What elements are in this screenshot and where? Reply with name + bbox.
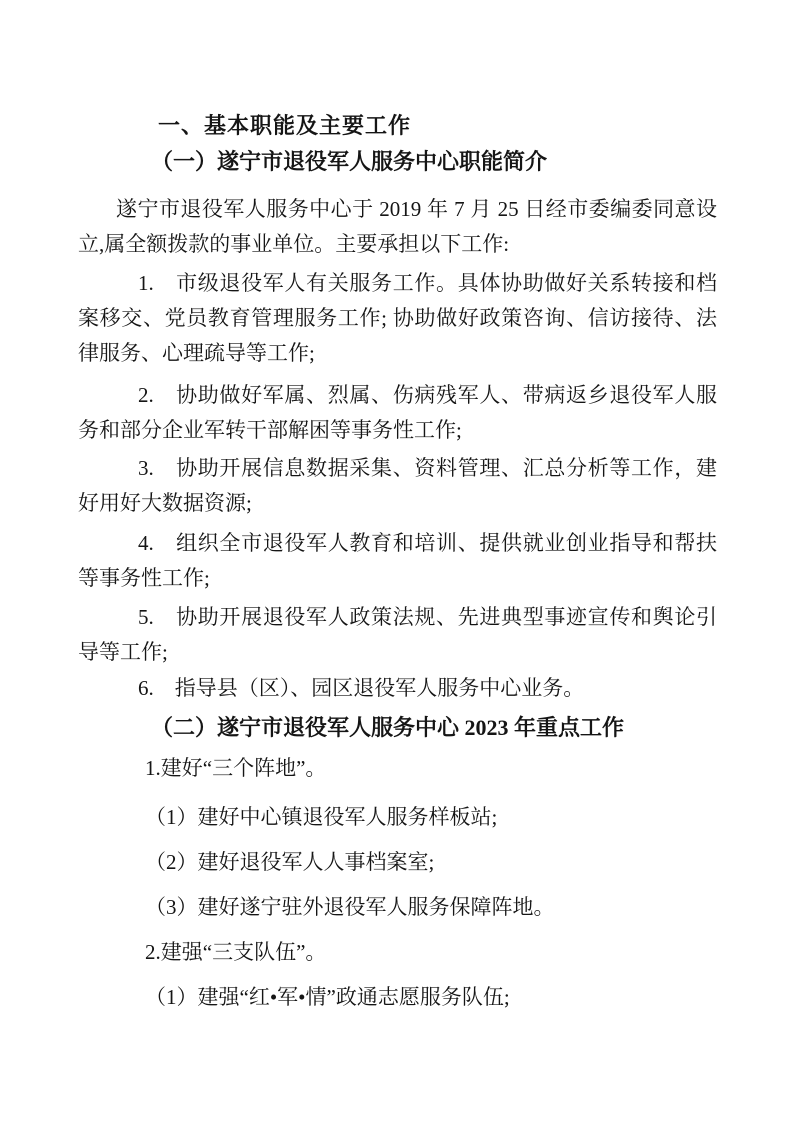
section-2-item-2-sub-1: （1）建强“红•军•情”政通志愿服务队伍; — [78, 980, 717, 1015]
section-2-item-1-sub-1: （1）建好中心镇退役军人服务样板站; — [78, 800, 717, 835]
section-2-item-2: 2.建强“三支队伍”。 — [78, 935, 717, 970]
section-1-item-3: 3. 协助开展信息数据采集、资料管理、汇总分析等工作，建好用好大数据资源; — [78, 451, 717, 521]
section-1-item-4: 4. 组织全市退役军人教育和培训、提供就业创业指导和帮扶等事务性工作; — [78, 526, 717, 596]
section-1-item-2: 2. 协助做好军属、烈属、伤病残军人、带病返乡退役军人服务和部分企业军转干部解困… — [78, 378, 717, 448]
section-1-item-5: 5. 协助开展退役军人政策法规、先进典型事迹宣传和舆论引导等工作; — [78, 600, 717, 670]
section-1-item-6: 6. 指导县（区）、园区退役军人服务中心业务。 — [78, 671, 717, 706]
section-2-item-1-sub-2: （2）建好退役军人人事档案室; — [78, 845, 717, 880]
main-heading: 一、基本职能及主要工作 — [78, 108, 717, 144]
section-2-heading: （二）遂宁市退役军人服务中心 2023 年重点工作 — [78, 710, 717, 746]
section-1-intro-paragraph: 遂宁市退役军人服务中心于 2019 年 7 月 25 日经市委编委同意设立,属全… — [78, 192, 717, 262]
document-page: 一、基本职能及主要工作 （一）遂宁市退役军人服务中心职能简介 遂宁市退役军人服务… — [0, 0, 793, 1122]
section-1-heading: （一）遂宁市退役军人服务中心职能简介 — [78, 144, 717, 180]
section-1-item-1: 1. 市级退役军人有关服务工作。具体协助做好关系转接和档案移交、党员教育管理服务… — [78, 266, 717, 371]
section-2-item-1: 1.建好“三个阵地”。 — [78, 751, 717, 786]
section-2-item-1-sub-3: （3）建好遂宁驻外退役军人服务保障阵地。 — [78, 890, 717, 925]
